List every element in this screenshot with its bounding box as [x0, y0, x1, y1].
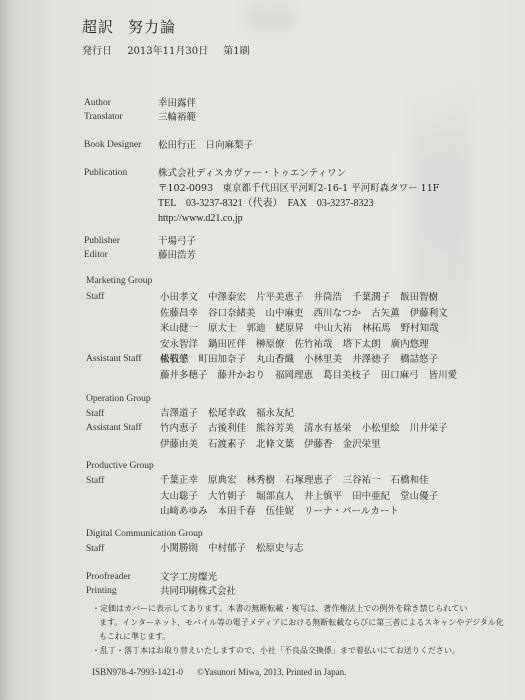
marketing-assistant-label: Assistant Staff: [86, 354, 142, 364]
credit-label: Printing: [86, 584, 156, 599]
digital-staff-label: Staff: [86, 544, 104, 554]
issue-date: 2013年11月30日: [127, 46, 208, 57]
digital-staff-list: 小関勝則中村郁子松原史与志: [160, 541, 314, 557]
name-row: 竹内恵子古後利佳熊谷芳美清水有基栄小松里絵川井栄子: [160, 421, 458, 437]
isbn-copyright-line: ISBN978-4-7993-1421-0©Yasunori Miwa, 201…: [92, 667, 346, 677]
operation-assistant-list: 竹内恵子古後利佳熊谷芳美清水有基栄小松里絵川井栄子 伊藤由美石渡素子北條文葉伊藤…: [160, 421, 458, 452]
credit-label: Editor: [84, 248, 154, 263]
publisher-phone-fax: TEL 03-3237-8321（代表） FAX 03-3237-8323: [158, 196, 439, 211]
publisher-company: 株式会社ディスカヴァー・トゥエンティワン: [158, 166, 439, 181]
note-line: もこれに準じます。: [92, 630, 492, 644]
credit-label: Author: [84, 96, 154, 111]
credit-label: Publisher: [84, 234, 154, 249]
group-title-marketing: Marketing Group: [86, 276, 152, 286]
isbn: ISBN978-4-7993-1421-0: [92, 667, 183, 677]
credit-value: 干場弓子: [158, 234, 196, 249]
book-title: 超訳努力論: [82, 16, 176, 37]
operation-staff-label: Staff: [86, 409, 104, 419]
credit-label: Proofreader: [86, 570, 156, 585]
name-row: 米山健一原大士郭迪蛯原昇中山大祐林拓馬野村知哉: [160, 321, 458, 337]
name-row: 小田孝文中澤泰宏片平美恵子井筒浩千葉潤子飯田智樹: [160, 290, 458, 306]
name-row: 俵敬子町田加奈子丸山香織小林里美井澤徳子橋詰悠子: [160, 352, 467, 368]
bleed-through-mark: [245, 5, 295, 30]
colophon-page: 超訳努力論 発行日 2013年11月30日 第1刷 Author 幸田露伴 Tr…: [0, 0, 525, 700]
credit-value: 共同印刷株式会社: [160, 584, 236, 599]
name-row: 千葉正幸原典宏林秀樹石塚理恵子三谷祐一石橋和佳: [160, 473, 448, 489]
note-line: ます。インターネット、モバイル等の電子メディアにおける無断転載ならびに第三者によ…: [92, 616, 492, 630]
credit-label: Translator: [84, 110, 154, 125]
publisher-address: 〒102-0093 東京都千代田区平河町2-16-1 平河町森タワー 11F: [158, 181, 439, 196]
note-line: ・乱丁・落丁本はお取り替えいたしますので、小社「不良品交換係」まで着払いにてお送…: [92, 644, 492, 658]
issue-label: 発行日: [82, 46, 112, 57]
productive-staff-list: 千葉正幸原典宏林秀樹石塚理恵子三谷祐一石橋和佳 大山聡子大竹朝子堀部直人井上慎平…: [160, 473, 448, 520]
group-title-digital: Digital Communication Group: [86, 529, 203, 539]
name-row: 佐藤昌幸谷口奈緒美山中麻吏西川なつか古矢薫伊藤利文: [160, 306, 458, 322]
name-row: 藤井多穂子藤井かおり福岡理恵葛目美枝子田口麻弓皆川愛: [160, 368, 467, 384]
name-row: 伊藤由美石渡素子北條文葉伊藤香金沢栄里: [160, 437, 458, 453]
copyright: ©Yasunori Miwa, 2013, Printed in Japan.: [197, 667, 346, 677]
legal-notes: ・定価はカバーに表示してあります。本書の無断転載・複写は、著作権法上での例外を除…: [92, 602, 492, 658]
operation-staff-list: 吉澤道子松尾幸政福永友紀: [160, 406, 304, 422]
publisher-url[interactable]: http://www.d21.co.jp: [158, 211, 439, 226]
marketing-assistant-list: 俵敬子町田加奈子丸山香織小林里美井澤徳子橋詰悠子 藤井多穂子藤井かおり福岡理恵葛…: [160, 352, 467, 383]
name-row: 安永智洋鍋田匠伴榊原僚佐竹祐哉塔下太朗廣内悠理: [160, 337, 458, 353]
name-row: 大山聡子大竹朝子堀部直人井上慎平田中亜紀堂山優子: [160, 489, 448, 505]
publication-details: 株式会社ディスカヴァー・トゥエンティワン 〒102-0093 東京都千代田区平河…: [158, 166, 439, 226]
credit-value: 松田行正 日向麻梨子: [158, 138, 253, 153]
marketing-staff-label: Staff: [86, 292, 104, 302]
credit-value: 幸田露伴: [158, 96, 196, 111]
credit-label: Book Designer: [84, 138, 154, 153]
title-label: 超訳: [82, 18, 114, 36]
name-row: 吉澤道子松尾幸政福永友紀: [160, 406, 304, 422]
group-title-productive: Productive Group: [86, 461, 154, 471]
credit-value: 三輪裕範: [158, 110, 196, 125]
credit-value: 藤田浩芳: [158, 248, 196, 263]
group-title-operation: Operation Group: [86, 394, 151, 404]
note-line: ・定価はカバーに表示してあります。本書の無断転載・複写は、著作権法上での例外を除…: [92, 602, 492, 616]
credit-label: Publication: [84, 166, 154, 181]
issue-line: 発行日 2013年11月30日 第1刷: [82, 42, 262, 57]
name-row: 小関勝則中村郁子松原史与志: [160, 541, 314, 557]
name-row: 山﨑あゆみ本田千春伍佳妮リーナ・バールカート: [160, 504, 448, 520]
printing-number: 第1刷: [223, 46, 249, 57]
credit-value: 文字工房燦光: [160, 570, 217, 585]
title-text: 努力論: [128, 18, 176, 36]
productive-staff-label: Staff: [86, 476, 104, 486]
operation-assistant-label: Assistant Staff: [86, 423, 142, 433]
